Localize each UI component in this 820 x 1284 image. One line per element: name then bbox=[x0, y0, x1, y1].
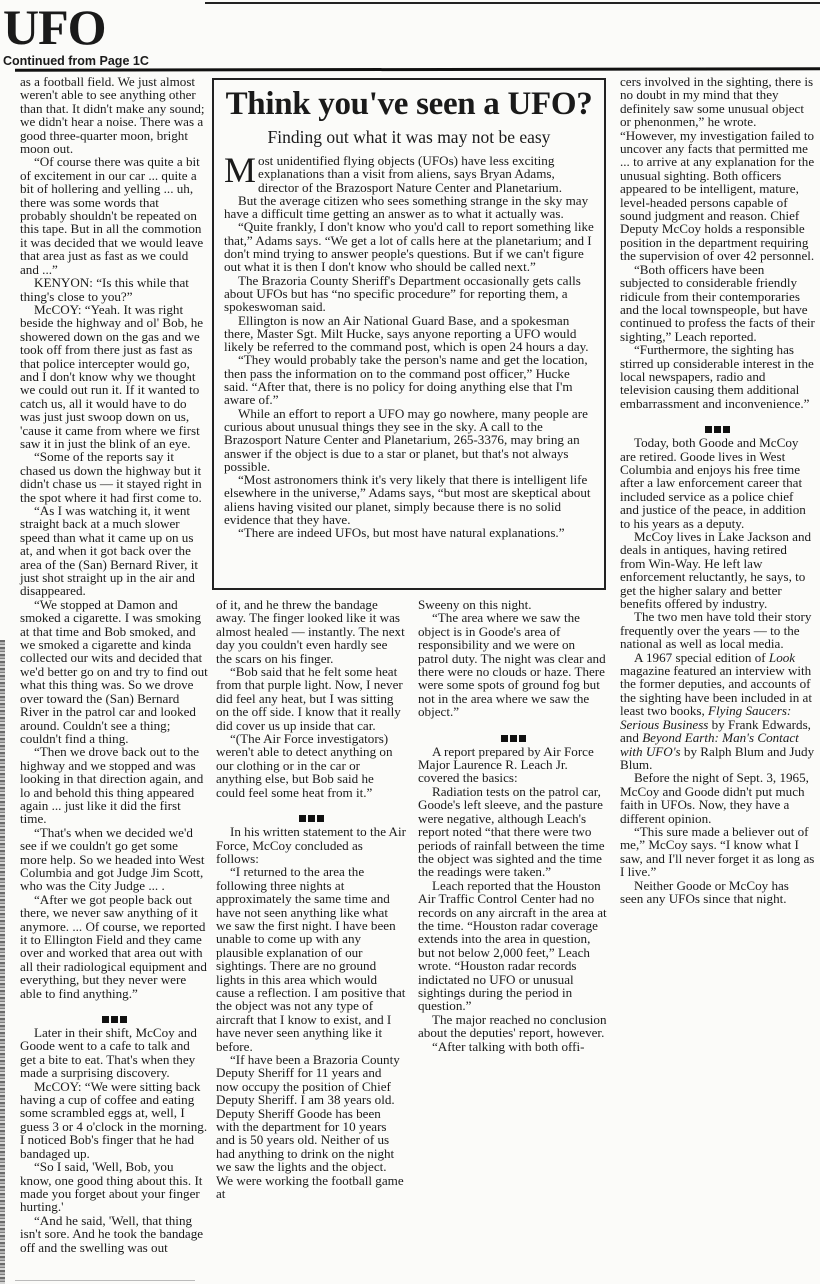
paragraph: of it, and he threw the bandage away. Th… bbox=[216, 598, 406, 665]
paragraph: “(The Air Force investigators) weren't a… bbox=[216, 732, 406, 799]
paragraph: “And he said, 'Well, that thing isn't so… bbox=[20, 1214, 208, 1254]
paragraph: While an effort to report a UFO may go n… bbox=[224, 407, 594, 473]
section-break-bullets bbox=[620, 424, 815, 434]
paragraph: Radiation tests on the patrol car, Goode… bbox=[418, 785, 608, 879]
header-rule bbox=[15, 67, 820, 71]
paragraph: “Quite frankly, I don't know who you'd c… bbox=[224, 220, 594, 273]
paragraph: “There are indeed UFOs, but most have na… bbox=[224, 526, 594, 539]
bottom-rule bbox=[15, 1280, 195, 1281]
article-column-3: Sweeny on this night. “The area where we… bbox=[418, 598, 608, 1053]
paragraph: cers involved in the sighting, there is … bbox=[620, 75, 815, 263]
top-rule bbox=[205, 2, 820, 4]
paragraph: The major reached no conclusion about th… bbox=[418, 1013, 608, 1040]
paragraph: “Furthermore, the sighting has stirred u… bbox=[620, 343, 815, 410]
story-slug-title: UFO bbox=[3, 2, 149, 52]
sidebar-subhead: Finding out what it was may not be easy bbox=[214, 126, 604, 148]
paragraph: “As I was watching it, it went straight … bbox=[20, 504, 208, 598]
paragraph: as a football field. We just almost were… bbox=[20, 75, 208, 155]
paragraph: McCOY: “We were sitting back having a cu… bbox=[20, 1080, 208, 1160]
paragraph: “Most astronomers think it's very likely… bbox=[224, 473, 594, 526]
lead-paragraph: Most unidentified flying objects (UFOs) … bbox=[224, 154, 594, 194]
paragraph: “After talking with both offi- bbox=[418, 1040, 608, 1053]
paragraph: “They would probably take the person's n… bbox=[224, 353, 594, 406]
article-column-1: as a football field. We just almost were… bbox=[20, 75, 208, 1254]
paragraph: “If have been a Brazoria County Deputy S… bbox=[216, 1053, 406, 1200]
paragraph: The two men have told their story freque… bbox=[620, 610, 815, 650]
paragraph: In his written statement to the Air Forc… bbox=[216, 825, 406, 865]
sidebar-box: Think you've seen a UFO? Finding out wha… bbox=[212, 78, 606, 590]
sidebar-body: Most unidentified flying objects (UFOs) … bbox=[214, 154, 604, 540]
paragraph: “After we got people back out there, we … bbox=[20, 893, 208, 1000]
paragraph: Today, both Goode and McCoy are retired.… bbox=[620, 436, 815, 530]
sidebar-headline: Think you've seen a UFO? bbox=[214, 86, 604, 122]
paragraph: But the average citizen who sees somethi… bbox=[224, 194, 594, 221]
paragraph: McCOY: “Yeah. It was right beside the hi… bbox=[20, 303, 208, 450]
paragraph: Sweeny on this night. bbox=[418, 598, 608, 611]
masthead: UFO Continued from Page 1C bbox=[3, 2, 149, 68]
section-break-bullets bbox=[418, 733, 608, 743]
paragraph: Neither Goode or McCoy has seen any UFOs… bbox=[620, 879, 815, 906]
jump-line: Continued from Page 1C bbox=[3, 54, 149, 68]
drop-cap: M bbox=[224, 154, 256, 184]
paragraph: Ellington is now an Air National Guard B… bbox=[224, 314, 594, 354]
paragraph: “Of course there was quite a bit of exci… bbox=[20, 155, 208, 276]
page-edge-scan-artifact bbox=[0, 640, 5, 1284]
paragraph: Before the night of Sept. 3, 1965, McCoy… bbox=[620, 771, 815, 825]
paragraph: “So I said, 'Well, Bob, you know, one go… bbox=[20, 1160, 208, 1214]
paragraph: “This sure made a believer out of me,” M… bbox=[620, 825, 815, 879]
article-column-4: cers involved in the sighting, there is … bbox=[620, 75, 815, 905]
paragraph-look-magazine: A 1967 special edition of Look magazine … bbox=[620, 651, 815, 772]
paragraph: “That's when we decided we'd see if we c… bbox=[20, 826, 208, 893]
paragraph: “Some of the reports say it chased us do… bbox=[20, 450, 208, 504]
paragraph: KENYON: “Is this while that thing's clos… bbox=[20, 276, 208, 303]
paragraph: Later in their shift, McCoy and Goode we… bbox=[20, 1026, 208, 1080]
article-column-2: of it, and he threw the bandage away. Th… bbox=[216, 598, 406, 1200]
paragraph: “Both officers have been subjected to co… bbox=[620, 263, 815, 343]
section-break-bullets bbox=[216, 813, 406, 823]
paragraph: “We stopped at Damon and smoked a cigare… bbox=[20, 598, 208, 745]
section-break-bullets bbox=[20, 1014, 208, 1024]
paragraph: “The area where we saw the object is in … bbox=[418, 611, 608, 718]
paragraph: McCoy lives in Lake Jackson and deals in… bbox=[620, 530, 815, 610]
paragraph: Leach reported that the Houston Air Traf… bbox=[418, 879, 608, 1013]
paragraph: “Bob said that he felt some heat from th… bbox=[216, 665, 406, 732]
paragraph: “Then we drove back out to the highway a… bbox=[20, 745, 208, 825]
paragraph: “I returned to the area the following th… bbox=[216, 865, 406, 1053]
paragraph: The Brazoria County Sheriff's Department… bbox=[224, 274, 594, 314]
paragraph: A report prepared by Air Force Major Lau… bbox=[418, 745, 608, 785]
